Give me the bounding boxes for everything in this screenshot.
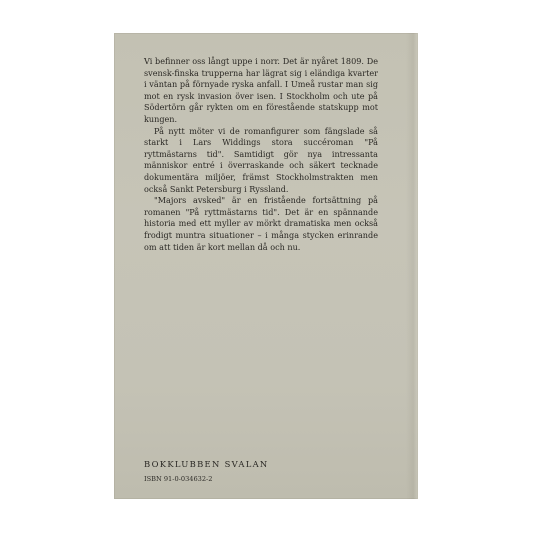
blurb-text: Vi befinner oss långt uppe i norr. Det ä… [144, 56, 378, 253]
publisher-name: BOKKLUBBEN SVALAN [144, 459, 269, 469]
blurb-paragraph-3: "Majors avsked" är en fristående fortsät… [144, 195, 378, 253]
blurb-paragraph-2: På nytt möter vi de romanfigurer som fän… [144, 126, 378, 196]
isbn-number: ISBN 91-0-034632-2 [144, 475, 212, 483]
blurb-paragraph-1: Vi befinner oss långt uppe i norr. Det ä… [144, 56, 378, 126]
book-back-cover: Vi befinner oss långt uppe i norr. Det ä… [114, 33, 418, 499]
